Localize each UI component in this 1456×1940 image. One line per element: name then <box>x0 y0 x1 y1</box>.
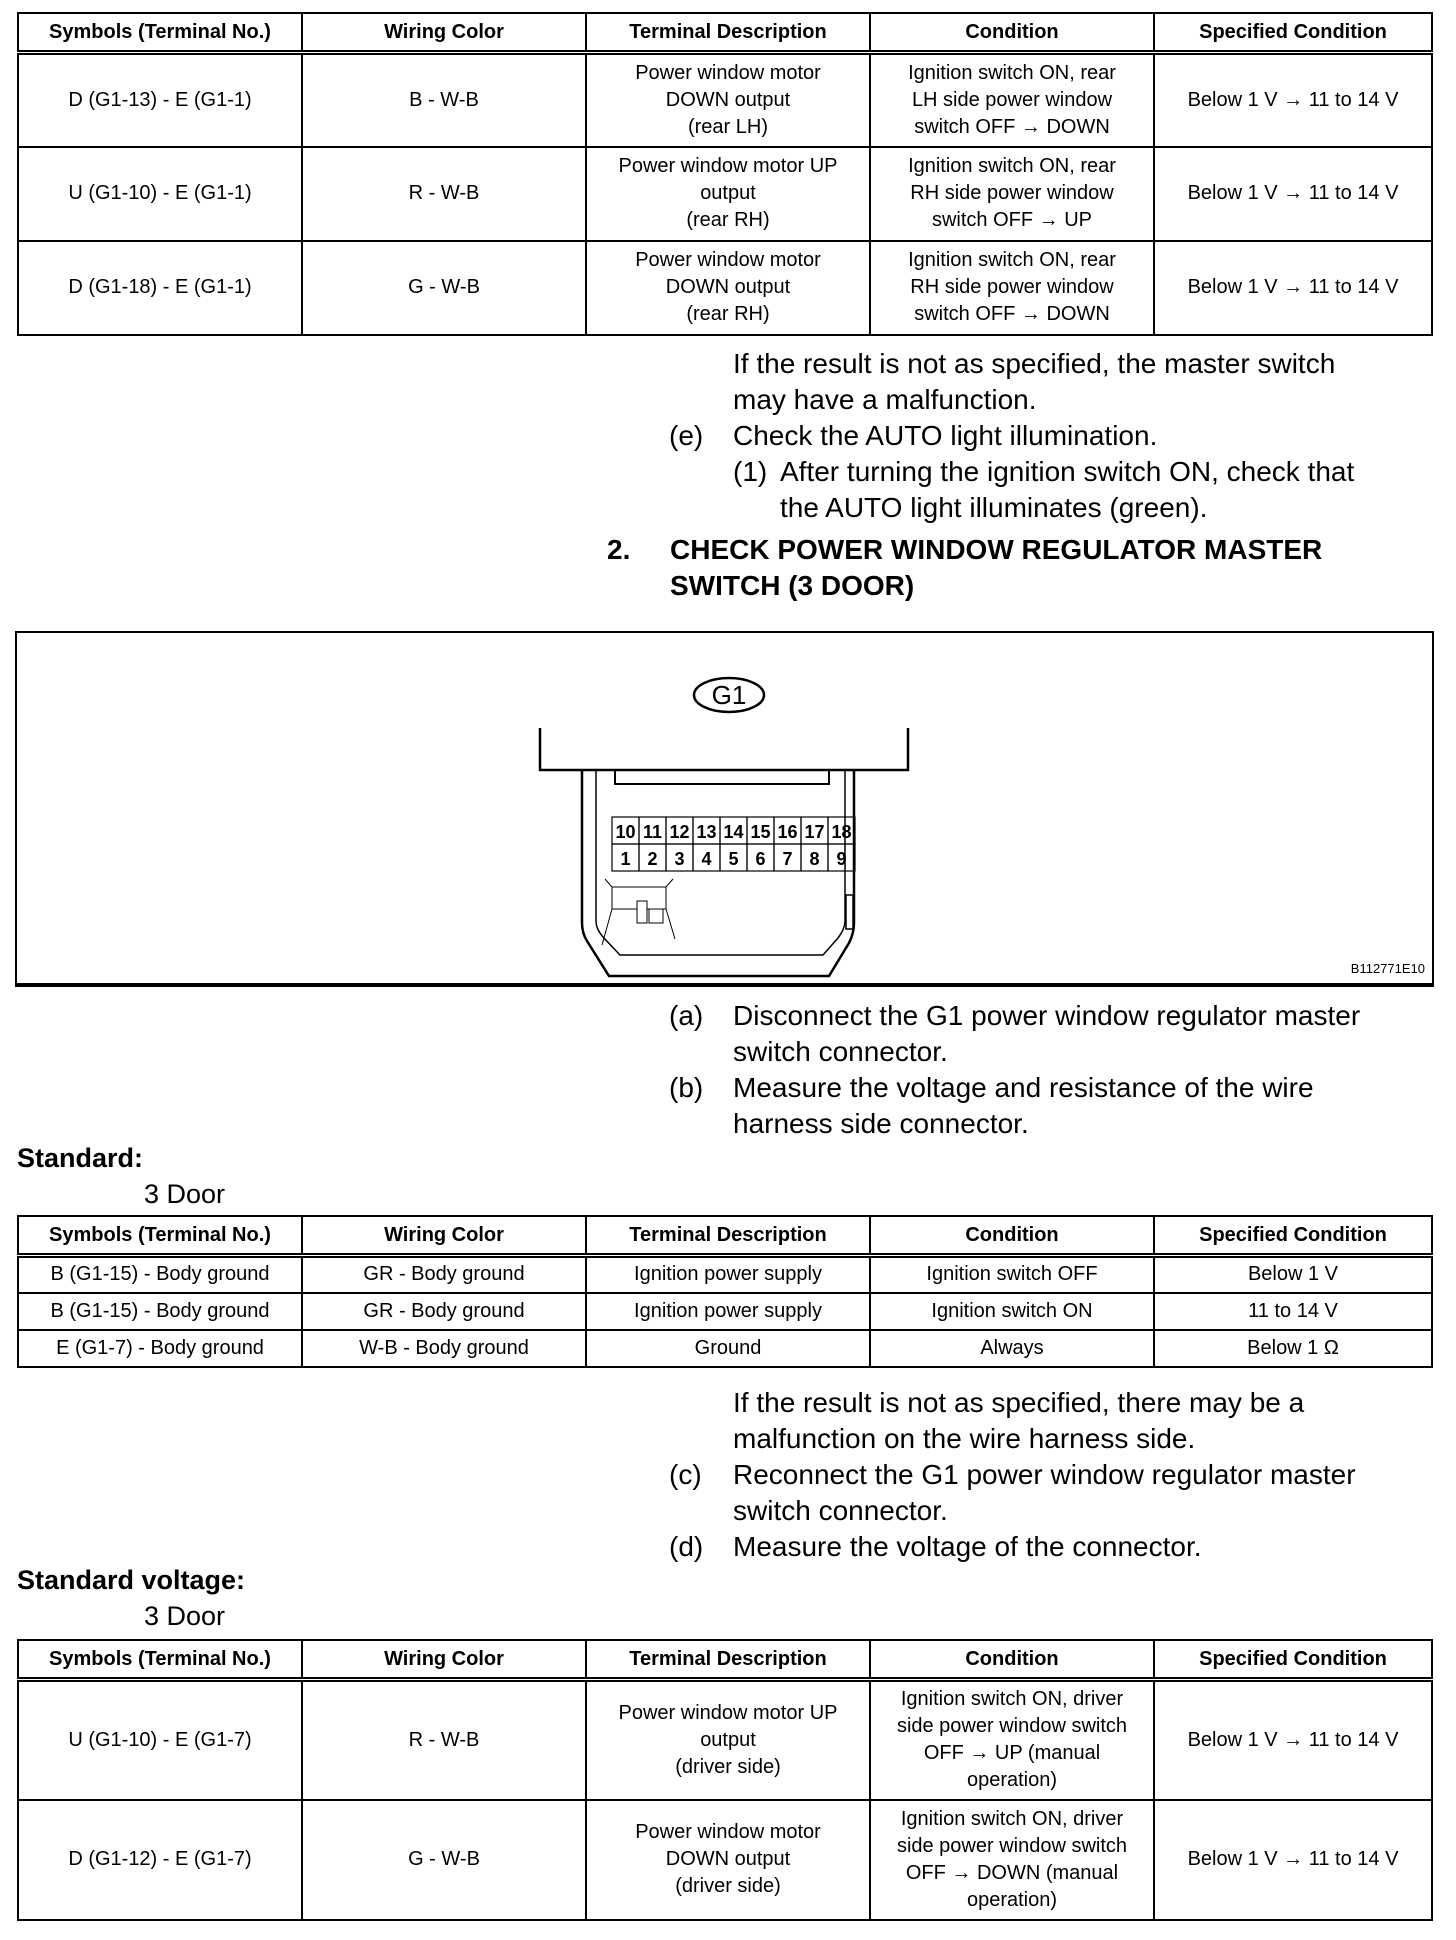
figure-id: B112771E10 <box>1351 961 1425 976</box>
pin-number: 8 <box>809 849 819 869</box>
cell-wiring-color: GR - Body ground <box>302 1293 586 1330</box>
cell-specified-condition: 11 to 14 V <box>1154 1293 1432 1330</box>
table-header-row: Symbols (Terminal No.) Wiring Color Term… <box>18 13 1432 53</box>
cell-symbol: B (G1-15) - Body ground <box>18 1256 302 1293</box>
step-a-text: Disconnect the G1 power window regulator… <box>733 998 1360 1070</box>
cell-terminal-description: Power window motorDOWN output(rear RH) <box>586 241 870 335</box>
cell-condition: Ignition switch ON, driverside power win… <box>870 1680 1154 1800</box>
pin-number: 5 <box>728 849 738 869</box>
cell-symbol: B (G1-15) - Body ground <box>18 1293 302 1330</box>
header-terminal-description: Terminal Description <box>586 13 870 53</box>
cell-condition: Ignition switch ON, driverside power win… <box>870 1800 1154 1920</box>
pin-number: 12 <box>669 822 689 842</box>
step-2-number: 2. <box>607 532 630 568</box>
standard-voltage-label: Standard voltage: <box>17 1565 245 1596</box>
connector-drawing: G1 101112131415161718123456789 B112771E1… <box>17 633 1432 983</box>
cell-terminal-description: Power window motor UPoutput(rear RH) <box>586 147 870 241</box>
pin-number: 6 <box>755 849 765 869</box>
header-specified-condition: Specified Condition <box>1154 1216 1432 1256</box>
pin-number: 17 <box>804 822 824 842</box>
cell-symbol: E (G1-7) - Body ground <box>18 1330 302 1367</box>
terminal-table-driver: Symbols (Terminal No.) Wiring Color Term… <box>17 1639 1433 1921</box>
cell-specified-condition: Below 1 V → 11 to 14 V <box>1154 147 1432 241</box>
cell-specified-condition: Below 1 V → 11 to 14 V <box>1154 53 1432 147</box>
step-e-text: Check the AUTO light illumination. <box>733 418 1157 454</box>
pin-number: 11 <box>643 822 662 842</box>
pin-number: 10 <box>615 822 635 842</box>
step-b-text: Measure the voltage and resistance of th… <box>733 1070 1314 1142</box>
cell-terminal-description: Power window motor UPoutput(driver side) <box>586 1680 870 1800</box>
table-row: U (G1-10) - E (G1-1)R - W-BPower window … <box>18 147 1432 241</box>
cell-symbol: D (G1-13) - E (G1-1) <box>18 53 302 147</box>
step-d-text: Measure the voltage of the connector. <box>733 1529 1202 1565</box>
terminal-table-rear: Symbols (Terminal No.) Wiring Color Term… <box>17 12 1433 336</box>
header-symbols: Symbols (Terminal No.) <box>18 1216 302 1256</box>
step-b-label: (b) <box>669 1070 703 1106</box>
result-note-1: If the result is not as specified, the m… <box>733 346 1335 418</box>
cell-condition: Ignition switch ON, rearRH side power wi… <box>870 147 1154 241</box>
pin-number: 14 <box>723 822 743 842</box>
header-specified-condition: Specified Condition <box>1154 13 1432 53</box>
terminal-table-harness: Symbols (Terminal No.) Wiring Color Term… <box>17 1215 1433 1368</box>
step-e1-text: After turning the ignition switch ON, ch… <box>780 454 1354 526</box>
result-note-2: If the result is not as specified, there… <box>733 1385 1304 1457</box>
header-condition: Condition <box>870 1216 1154 1256</box>
header-wiring-color: Wiring Color <box>302 13 586 53</box>
pin-number: 2 <box>647 849 657 869</box>
pin-number: 15 <box>750 822 770 842</box>
connector-diagram: G1 101112131415161718123456789 B112771E1… <box>15 631 1434 987</box>
cell-symbol: U (G1-10) - E (G1-1) <box>18 147 302 241</box>
pin-number: 7 <box>782 849 792 869</box>
table-row: B (G1-15) - Body groundGR - Body groundI… <box>18 1256 1432 1293</box>
header-wiring-color: Wiring Color <box>302 1640 586 1680</box>
header-condition: Condition <box>870 13 1154 53</box>
cell-wiring-color: B - W-B <box>302 53 586 147</box>
header-symbols: Symbols (Terminal No.) <box>18 13 302 53</box>
cell-symbol: D (G1-18) - E (G1-1) <box>18 241 302 335</box>
header-specified-condition: Specified Condition <box>1154 1640 1432 1680</box>
table-row: B (G1-15) - Body groundGR - Body groundI… <box>18 1293 1432 1330</box>
cell-terminal-description: Ignition power supply <box>586 1256 870 1293</box>
cell-wiring-color: G - W-B <box>302 1800 586 1920</box>
cell-condition: Ignition switch ON, rearRH side power wi… <box>870 241 1154 335</box>
pin-number: 4 <box>701 849 711 869</box>
step-e1-label: (1) <box>733 454 767 490</box>
step-e-label: (e) <box>669 418 703 454</box>
cell-specified-condition: Below 1 V → 11 to 14 V <box>1154 1800 1432 1920</box>
cell-wiring-color: R - W-B <box>302 1680 586 1800</box>
door-label: 3 Door <box>144 1179 225 1210</box>
cell-terminal-description: Ground <box>586 1330 870 1367</box>
step-d-label: (d) <box>669 1529 703 1565</box>
cell-symbol: U (G1-10) - E (G1-7) <box>18 1680 302 1800</box>
pin-number: 1 <box>620 849 630 869</box>
cell-wiring-color: G - W-B <box>302 241 586 335</box>
cell-terminal-description: Ignition power supply <box>586 1293 870 1330</box>
header-wiring-color: Wiring Color <box>302 1216 586 1256</box>
header-condition: Condition <box>870 1640 1154 1680</box>
standard-label: Standard: <box>17 1143 143 1174</box>
cell-specified-condition: Below 1 V <box>1154 1256 1432 1293</box>
cell-condition: Always <box>870 1330 1154 1367</box>
table-row: U (G1-10) - E (G1-7)R - W-BPower window … <box>18 1680 1432 1800</box>
pin-grid: 101112131415161718123456789 <box>612 817 855 871</box>
cell-terminal-description: Power window motorDOWN output(rear LH) <box>586 53 870 147</box>
table-header-row: Symbols (Terminal No.) Wiring Color Term… <box>18 1216 1432 1256</box>
connector-label: G1 <box>712 680 747 710</box>
pin-number: 3 <box>674 849 684 869</box>
table-row: D (G1-18) - E (G1-1)G - W-BPower window … <box>18 241 1432 335</box>
cell-condition: Ignition switch OFF <box>870 1256 1154 1293</box>
table-row: D (G1-13) - E (G1-1)B - W-BPower window … <box>18 53 1432 147</box>
step-c-label: (c) <box>669 1457 702 1493</box>
header-symbols: Symbols (Terminal No.) <box>18 1640 302 1680</box>
cell-condition: Ignition switch ON <box>870 1293 1154 1330</box>
header-terminal-description: Terminal Description <box>586 1640 870 1680</box>
cell-specified-condition: Below 1 Ω <box>1154 1330 1432 1367</box>
cell-specified-condition: Below 1 V → 11 to 14 V <box>1154 1680 1432 1800</box>
header-terminal-description: Terminal Description <box>586 1216 870 1256</box>
door-label: 3 Door <box>144 1601 225 1632</box>
table-row: D (G1-12) - E (G1-7)G - W-BPower window … <box>18 1800 1432 1920</box>
pin-number: 13 <box>696 822 716 842</box>
table-header-row: Symbols (Terminal No.) Wiring Color Term… <box>18 1640 1432 1680</box>
pin-number: 16 <box>777 822 797 842</box>
cell-wiring-color: W-B - Body ground <box>302 1330 586 1367</box>
cell-specified-condition: Below 1 V → 11 to 14 V <box>1154 241 1432 335</box>
pin-number: 9 <box>836 849 846 869</box>
step-c-text: Reconnect the G1 power window regulator … <box>733 1457 1356 1529</box>
cell-terminal-description: Power window motorDOWN output(driver sid… <box>586 1800 870 1920</box>
cell-wiring-color: GR - Body ground <box>302 1256 586 1293</box>
step-2-heading: CHECK POWER WINDOW REGULATOR MASTER SWIT… <box>670 532 1322 604</box>
pin-number: 18 <box>831 822 851 842</box>
table-row: E (G1-7) - Body groundW-B - Body groundG… <box>18 1330 1432 1367</box>
step-a-label: (a) <box>669 998 703 1034</box>
cell-symbol: D (G1-12) - E (G1-7) <box>18 1800 302 1920</box>
cell-wiring-color: R - W-B <box>302 147 586 241</box>
cell-condition: Ignition switch ON, rearLH side power wi… <box>870 53 1154 147</box>
